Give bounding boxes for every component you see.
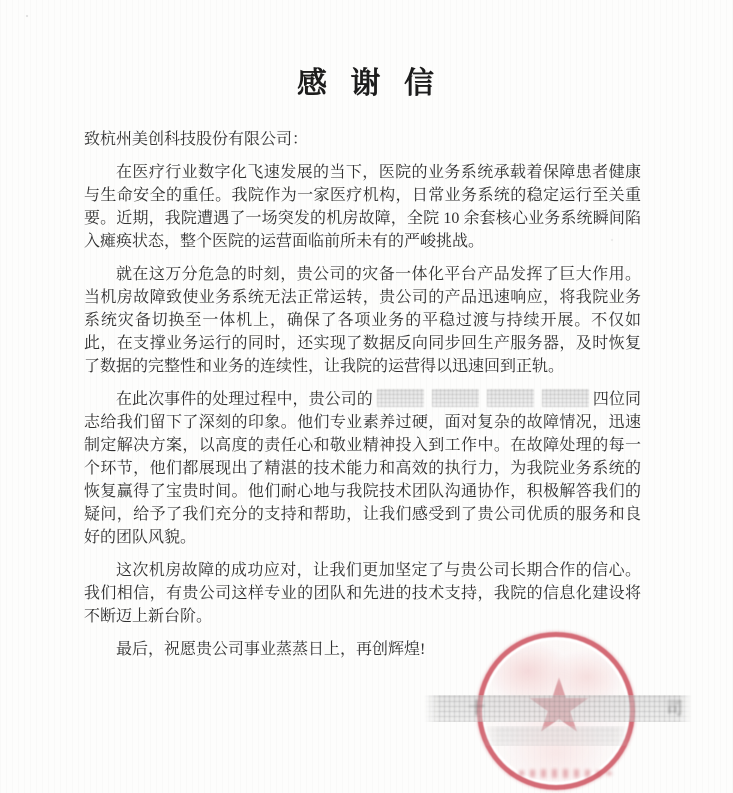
- seal-bottom-serial-marks: [508, 769, 614, 778]
- scanned-thank-you-letter: 感 谢 信 致杭州美创科技股份有限公司： 在医疗行业数字化飞速发展的当下，医院的…: [0, 0, 733, 793]
- paragraph-3: 在此次事件的处理过程中，贵公司的四位同志给我们留下了深刻的印象。他们专业素养过硬…: [0, 388, 733, 549]
- paragraph-1: 在医疗行业数字化飞速发展的当下，医院的业务系统承载着保障患者健康与生命安全的重任…: [0, 161, 733, 253]
- letter-title: 感 谢 信: [0, 64, 733, 104]
- closing-wish-line: 最后，祝愿贵公司事业蒸蒸日上，再创辉煌!: [0, 638, 733, 661]
- redacted-name-block-1: [377, 389, 424, 407]
- redacted-name-block-4: [542, 389, 589, 407]
- paragraph-3-text-after-redaction: 四位同志给我们留下了深刻的印象。他们专业素养过硬，面对复杂的故障情况，迅速制定解…: [84, 391, 641, 546]
- paragraph-4: 这次机房故障的成功应对，让我们更加坚定了与贵公司长期合作的信心。我们相信，有贵公…: [0, 559, 733, 628]
- redacted-name-block-3: [487, 389, 534, 407]
- paragraph-2: 就在这万分危急的时刻，贵公司的灾备一体化平台产品发挥了巨大作用。当机房故障致使业…: [0, 263, 733, 378]
- paragraph-3-text-before-redaction: 在此次事件的处理过程中，贵公司的: [116, 391, 373, 408]
- redacted-signature-band: 十 司: [424, 695, 692, 722]
- redacted-name-block-2: [432, 389, 479, 407]
- signature-visible-stroke-right: 司: [666, 695, 683, 722]
- signature-visible-stroke-left: 十: [468, 695, 485, 722]
- redacted-date-band: [482, 726, 632, 746]
- salutation-line: 致杭州美创科技股份有限公司：: [0, 128, 733, 151]
